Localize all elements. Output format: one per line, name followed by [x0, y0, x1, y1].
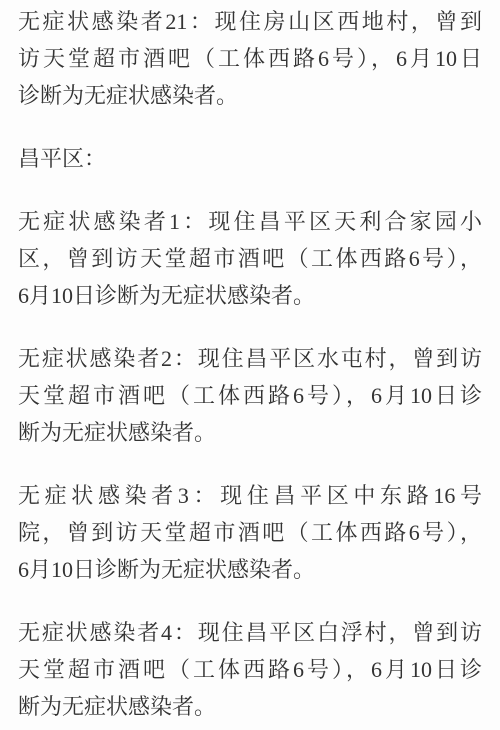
document-page: { "document": { "language": "zh-CN", "co… — [0, 0, 500, 730]
case-paragraph-asymptomatic-4: 无症状感染者4：现住昌平区白浮村，曾到访 天堂超市酒吧（工体西路6号），6月10… — [18, 614, 482, 725]
district-heading-changping: 昌平区： — [18, 140, 482, 177]
text-line: 诊断为无症状感染者。 — [18, 77, 482, 114]
text-line: 无症状感染者1：现住昌平区天利合家园小 — [18, 203, 482, 240]
text-line: 无症状感染者21：现住房山区西地村，曾到 — [18, 3, 482, 40]
text-line: 访天堂超市酒吧（工体西路6号），6月10日 — [18, 40, 482, 77]
text-line: 院，曾到访天堂超市酒吧（工体西路6号）， — [18, 514, 482, 551]
text-line: 6月10日诊断为无症状感染者。 — [18, 277, 482, 314]
text-line: 天堂超市酒吧（工体西路6号），6月10日诊 — [18, 651, 482, 688]
text-line: 天堂超市酒吧（工体西路6号），6月10日诊 — [18, 377, 482, 414]
case-paragraph-asymptomatic-2: 无症状感染者2：现住昌平区水屯村，曾到访 天堂超市酒吧（工体西路6号），6月10… — [18, 340, 482, 451]
text-line: 无症状感染者3：现住昌平区中东路16号 — [18, 477, 482, 514]
text-line: 断为无症状感染者。 — [18, 414, 482, 451]
text-line: 断为无症状感染者。 — [18, 688, 482, 725]
text-line: 区，曾到访天堂超市酒吧（工体西路6号）， — [18, 240, 482, 277]
case-paragraph-asymptomatic-21: 无症状感染者21：现住房山区西地村，曾到 访天堂超市酒吧（工体西路6号），6月1… — [18, 3, 482, 114]
case-paragraph-asymptomatic-1: 无症状感染者1：现住昌平区天利合家园小 区，曾到访天堂超市酒吧（工体西路6号），… — [18, 203, 482, 314]
text-line: 昌平区： — [18, 140, 482, 177]
notice-text-body: 无症状感染者21：现住房山区西地村，曾到 访天堂超市酒吧（工体西路6号），6月1… — [0, 0, 500, 725]
text-line: 无症状感染者4：现住昌平区白浮村，曾到访 — [18, 614, 482, 651]
text-line: 6月10日诊断为无症状感染者。 — [18, 551, 482, 588]
text-line: 无症状感染者2：现住昌平区水屯村，曾到访 — [18, 340, 482, 377]
case-paragraph-asymptomatic-3: 无症状感染者3：现住昌平区中东路16号 院，曾到访天堂超市酒吧（工体西路6号），… — [18, 477, 482, 588]
